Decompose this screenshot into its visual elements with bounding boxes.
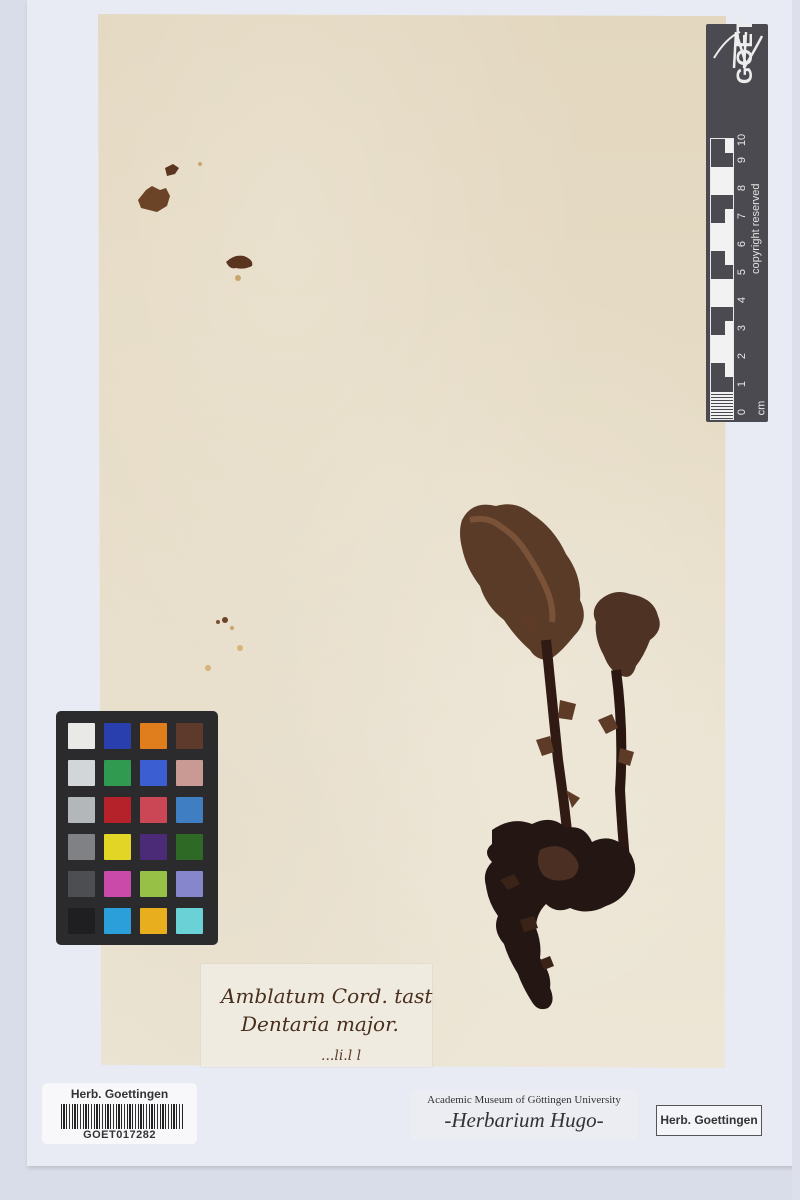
color-swatch [68, 723, 95, 749]
ruler-tick-6: 6 [736, 238, 748, 250]
ruler-tick-4: 4 [736, 294, 748, 306]
color-swatch [104, 797, 131, 823]
color-swatch [104, 723, 131, 749]
catalog-number: GOET017282 [42, 1129, 197, 1141]
ruler-tick-5: 5 [736, 266, 748, 278]
color-swatch [140, 797, 167, 823]
color-swatch [140, 760, 167, 786]
label-line-2: Dentaria major. [241, 1012, 399, 1036]
color-swatch [140, 871, 167, 897]
color-swatch [176, 723, 203, 749]
ruler-tick-2: 2 [736, 350, 748, 362]
handwritten-determination-label: Amblatum Cord. tast Dentaria major. ...l… [201, 964, 432, 1067]
color-swatch [68, 834, 95, 860]
barcode-label: Herb. Goettingen GOET017282 [42, 1083, 197, 1144]
backdrop [792, 0, 800, 1200]
ruler-brand: GOET [732, 18, 758, 84]
label-line-1: Amblatum Cord. tast [221, 984, 432, 1008]
color-swatch [104, 760, 131, 786]
color-swatch [104, 908, 131, 934]
color-swatch [140, 834, 167, 860]
institution-name: Academic Museum of Göttingen University [411, 1094, 637, 1106]
ruler-mm-ticks [711, 391, 733, 419]
label-line-3: ...li.l l [321, 1048, 361, 1064]
color-swatch [68, 871, 95, 897]
barcode-title: Herb. Goettingen [42, 1087, 197, 1101]
ruler-tick-0: 0 [736, 406, 748, 418]
ruler-tick-7: 7 [736, 210, 748, 222]
color-swatch [176, 797, 203, 823]
color-swatch [68, 797, 95, 823]
color-calibration-card [56, 711, 218, 945]
color-swatch [176, 760, 203, 786]
ruler-unit: cm [755, 401, 767, 416]
color-swatch [104, 834, 131, 860]
ruler-tick-1: 1 [736, 378, 748, 390]
color-swatch [176, 871, 203, 897]
color-swatch [176, 908, 203, 934]
color-swatch [68, 908, 95, 934]
color-swatch [68, 760, 95, 786]
ruler-scale-bar [710, 138, 734, 420]
ruler-tick-8: 8 [736, 182, 748, 194]
ruler-copyright: copyright reserved [750, 184, 762, 275]
ruler-tick-9: 9 [736, 154, 748, 166]
barcode-icon [61, 1104, 184, 1129]
color-swatch [140, 908, 167, 934]
museum-label: Academic Museum of Göttingen University … [411, 1090, 637, 1140]
herbarium-stamp: Herb. Goettingen [656, 1105, 762, 1136]
ruler-tick-3: 3 [736, 322, 748, 334]
ruler-tick-10: 10 [736, 132, 748, 148]
color-swatch [176, 834, 203, 860]
color-swatch [140, 723, 167, 749]
scale-ruler: GOET copyright reserved 0 1 2 3 4 5 6 7 … [706, 24, 768, 422]
collection-name: -Herbarium Hugo- [411, 1108, 637, 1133]
color-swatch [104, 871, 131, 897]
